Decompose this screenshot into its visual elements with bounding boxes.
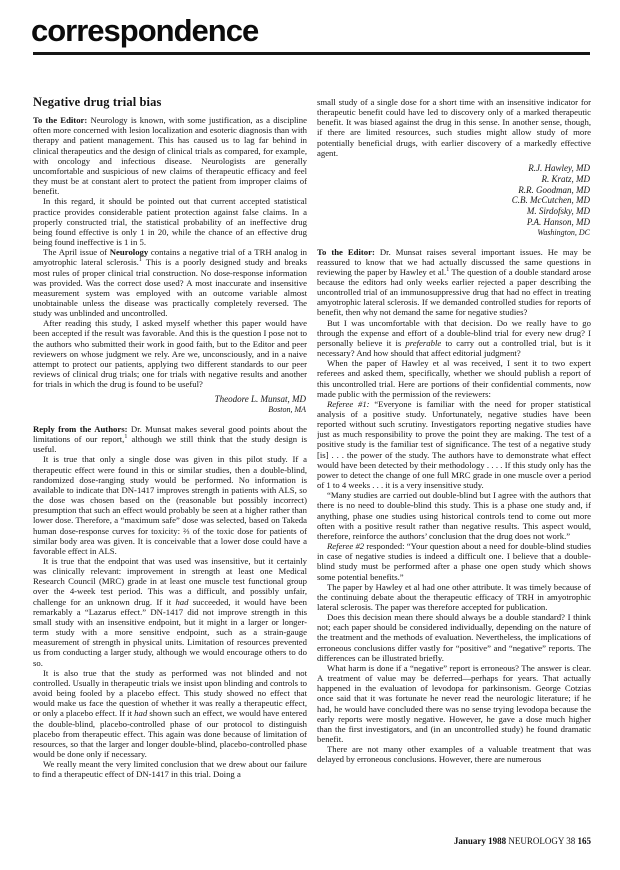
paragraph: Referee #2 responded: “Your question abo… [317, 541, 591, 582]
footnote-reference: 1 [124, 434, 127, 440]
paragraph: When the paper of Hawley et al was recei… [317, 358, 591, 399]
signature-line: Theodore L. Munsat, MD [33, 394, 306, 405]
signature-block: R.J. Hawley, MDR. Kratz, MDR.R. Goodman,… [317, 163, 590, 239]
footnote-reference: 1 [446, 267, 449, 273]
footer-journal: NEUROLOGY 38 [508, 836, 575, 846]
paragraph: What harm is done if a “negative” report… [317, 663, 591, 744]
footer: January 1988 NEUROLOGY 38 165 [317, 836, 591, 846]
column-right: small study of a single dose for a short… [317, 97, 591, 841]
styled-text: Referee #1: [327, 399, 370, 409]
paragraph: To the Editor: Dr. Munsat raises several… [317, 247, 591, 318]
styled-text: preferable [405, 338, 441, 348]
signature-line: M. Sirdofsky, MD [317, 206, 590, 217]
signature-line: P.A. Hanson, MD [317, 217, 590, 228]
signature-line: C.B. McCutchen, MD [317, 195, 590, 206]
paragraph: Does this decision mean there should alw… [317, 612, 591, 663]
column-left: Negative drug trial biasTo the Editor: N… [33, 97, 307, 841]
section-title: Negative drug trial bias [33, 97, 307, 107]
paragraph: It is true that only a single dose was g… [33, 454, 307, 556]
footnote-reference: 1 [139, 257, 142, 263]
header-rule [33, 52, 590, 55]
paragraph: Referee #1: “Everyone is familiar with t… [317, 399, 591, 490]
styled-text: Neurology [110, 247, 148, 257]
paragraph: The April issue of Neurology contains a … [33, 247, 307, 318]
signature-line: R.J. Hawley, MD [317, 163, 590, 174]
paragraph: To the Editor: Neurology is known, with … [33, 115, 307, 196]
paragraph: “Many studies are carried out double-bli… [317, 490, 591, 541]
styled-text: To the Editor: [33, 115, 87, 125]
styled-text: had [175, 597, 188, 607]
footer-page-number: 165 [578, 836, 592, 846]
styled-text: To the Editor: [317, 247, 375, 257]
footer-issue: January 1988 [454, 836, 506, 846]
paragraph: The paper by Hawley et al had one other … [317, 582, 591, 612]
signature-line: Boston, MA [33, 405, 306, 416]
paragraph: It is also true that the study as perfor… [33, 668, 307, 759]
signature-line: Washington, DC [317, 228, 590, 239]
journal-page: correspondence Negative drug trial biasT… [0, 0, 620, 870]
page-title: correspondence [31, 13, 258, 49]
paragraph: After reading this study, I asked myself… [33, 318, 307, 389]
paragraph: small study of a single dose for a short… [317, 97, 591, 158]
signature-line: R.R. Goodman, MD [317, 185, 590, 196]
paragraph: In this regard, it should be pointed out… [33, 196, 307, 247]
styled-text: had [134, 708, 147, 718]
paragraph: Reply from the Authors: Dr. Munsat makes… [33, 424, 307, 454]
paragraph: It is true that the endpoint that was us… [33, 556, 307, 668]
paragraph: But I was uncomfortable with that decisi… [317, 318, 591, 359]
styled-text: Reply from the Authors: [33, 424, 128, 434]
paragraph: We really meant the very limited conclus… [33, 759, 307, 779]
styled-text: Referee #2 [327, 541, 364, 551]
signature-block: Theodore L. Munsat, MDBoston, MA [33, 394, 306, 416]
paragraph: There are not many other examples of a v… [317, 744, 591, 764]
signature-line: R. Kratz, MD [317, 174, 590, 185]
